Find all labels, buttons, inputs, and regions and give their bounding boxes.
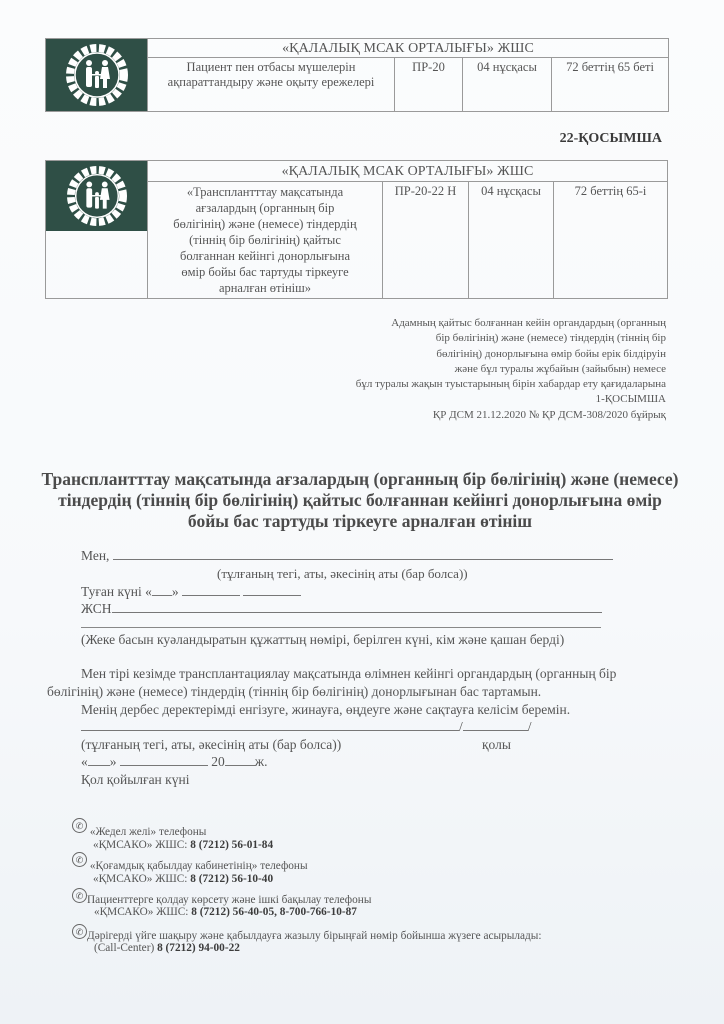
birthdate-row: Туған күні «» <box>81 583 301 600</box>
organization-name: «ҚАЛАЛЫҚ МСАК ОРТАЛЫҒЫ» ЖШС <box>148 39 669 58</box>
title-line: «Трансплантттау мақсатында <box>152 184 378 200</box>
reference-line: Адамның қайтыс болғаннан кейін органдард… <box>246 316 666 331</box>
organization-name: «ҚАЛАЛЫҚ МСАК ОРТАЛЫҒЫ» ЖШС <box>148 161 668 182</box>
document-code: ПР-20-22 Н <box>383 182 469 299</box>
contact-prefix: «ҚМСАКО» ЖШС: <box>94 906 191 918</box>
appendix-label: 22-ҚОСЫМША <box>560 131 662 147</box>
title-line: (тіннің бір бөлігінің) қайтыс <box>152 232 378 248</box>
phone-icon: ✆ <box>72 852 87 867</box>
reference-line: бұл туралы жақын туыстарының бірін хабар… <box>246 377 666 392</box>
title-line: арналған өтініш» <box>152 280 378 296</box>
date-open-quote: « <box>81 754 88 769</box>
signer-hint: (тұлғаның тегі, аты, әкесінің аты (бар б… <box>81 736 341 753</box>
slash: / <box>528 719 532 734</box>
contact-hotline: ✆ «Жедел желі» телефоны «ҚМСАКО» ЖШС: 8 … <box>72 818 273 852</box>
document-page: 72 беттің 65 беті <box>552 58 669 112</box>
form-title: Трансплантттау мақсатында ағзалардың (ор… <box>40 469 680 532</box>
contact-label: «Жедел желі» телефоны <box>90 826 207 838</box>
title-line: бөлігінің) және (немесе) тіндердің <box>152 216 378 232</box>
birth-month-field[interactable] <box>182 583 240 596</box>
contact-prefix: (Call-Center) <box>94 942 157 954</box>
sign-day-field[interactable] <box>88 753 110 766</box>
consent-text: Менің дербес деректерімді енгізуге, жина… <box>81 701 570 718</box>
logo-cell <box>46 161 148 299</box>
contact-prefix: «ҚМСАКО» ЖШС: <box>93 839 190 851</box>
title-line: ағзалардың (органның бір <box>152 200 378 216</box>
contact-label: «Қоғамдық қабылдау кабинетінің» телефоны <box>90 860 308 872</box>
header-table-2: «ҚАЛАЛЫҚ МСАК ОРТАЛЫҒЫ» ЖШС «Трансплантт… <box>45 160 668 299</box>
sign-year-field[interactable] <box>225 753 255 766</box>
date-close-quote: » <box>110 754 117 769</box>
sign-date-hint: Қол қойылған күні <box>81 771 189 788</box>
title-line: болғаннан кейінгі донорлығына <box>152 248 378 264</box>
contact-number[interactable]: 8 (7212) 56-40-05, 8-700-766-10-87 <box>191 906 357 918</box>
signature-field[interactable] <box>463 718 528 731</box>
document-title: «Трансплантттау мақсатында ағзалардың (о… <box>148 182 383 299</box>
signature-hint: қолы <box>482 736 511 753</box>
contact-number[interactable]: 8 (7212) 56-01-84 <box>190 839 273 851</box>
year-prefix: 20 <box>211 754 225 769</box>
birth-year-field[interactable] <box>243 583 301 596</box>
sign-date-row: «» 20ж. <box>81 753 267 770</box>
contact-number[interactable]: 8 (7212) 56-10-40 <box>190 873 273 885</box>
phone-icon: ✆ <box>72 924 87 939</box>
id-document-hint: (Жеке басын куәландыратын құжаттың нөмір… <box>81 631 564 648</box>
reference-line: ҚР ДСМ 21.12.2020 № ҚР ДСМ-308/2020 бұйр… <box>246 408 666 423</box>
statement-line-1: Мен тірі кезімде трансплантациялау мақса… <box>81 665 616 682</box>
contact-patient-support: ✆Пациенттерге қолдау көрсету және ішкі б… <box>72 888 371 919</box>
birthdate-close-quote: » <box>172 584 179 599</box>
reference-block: Адамның қайтыс болғаннан кейін органдард… <box>246 316 666 423</box>
reference-line: бір бөлігінің) және (немесе) тіндердің (… <box>246 331 666 346</box>
fullname-row: Мен, <box>81 547 613 564</box>
year-suffix: ж. <box>255 754 268 769</box>
reference-line: және бұл туралы жұбайын (зайыбын) немесе <box>246 362 666 377</box>
phone-icon: ✆ <box>72 888 87 903</box>
document-code: ПР-20 <box>395 58 463 112</box>
contact-number[interactable]: 8 (7212) 94-00-22 <box>157 942 240 954</box>
signer-name-field[interactable] <box>81 718 459 731</box>
sign-month-field[interactable] <box>120 753 208 766</box>
header-table-1: «ҚАЛАЛЫҚ МСАК ОРТАЛЫҒЫ» ЖШС Пациент пен … <box>45 38 669 112</box>
reference-line: бөлігінің) донорлығына өмір бойы ерік бі… <box>246 347 666 362</box>
document-version: 04 нұсқасы <box>463 58 552 112</box>
signature-row: // <box>81 718 532 735</box>
contact-label: Пациенттерге қолдау көрсету және ішкі ба… <box>87 894 371 906</box>
document-title: Пациент пен отбасы мүшелерін ақпараттанд… <box>148 58 395 112</box>
iin-field[interactable] <box>112 600 602 613</box>
logo-cell <box>46 39 148 112</box>
form-title-line: тіндердің (тіннің бір бөлігінің) қайтыс … <box>40 490 680 511</box>
birthdate-label: Туған күні « <box>81 584 152 599</box>
form-title-line: бойы бас тартуды тіркеуге арналған өтіні… <box>40 511 680 532</box>
phone-icon: ✆ <box>72 818 87 833</box>
family-wheel-logo-icon <box>46 39 147 111</box>
family-wheel-logo-icon <box>46 161 147 231</box>
iin-row: ЖСН <box>81 600 602 617</box>
fullname-field[interactable] <box>113 547 613 560</box>
birth-day-field[interactable] <box>152 583 172 596</box>
contact-call-center: ✆Дәрігерді үйге шақыру және қабылдауға ж… <box>72 924 541 955</box>
statement-line-2: бөлігінің) және (немесе) тіндердің (тінн… <box>47 683 541 700</box>
fullname-hint: (тұлғаның тегі, аты, әкесінің аты (бар б… <box>217 565 468 582</box>
contact-label: Дәрігерді үйге шақыру және қабылдауға жа… <box>87 930 541 942</box>
document-page: 72 беттің 65-і <box>554 182 668 299</box>
contact-prefix: «ҚМСАКО» ЖШС: <box>93 873 190 885</box>
title-line: өмір бойы бас тартуды тіркеуге <box>152 264 378 280</box>
form-title-line: Трансплантттау мақсатында ағзалардың (ор… <box>40 469 680 490</box>
id-document-field[interactable] <box>81 627 601 628</box>
me-label: Мен, <box>81 548 109 563</box>
iin-label: ЖСН <box>81 601 112 616</box>
document-version: 04 нұсқасы <box>469 182 554 299</box>
contact-reception: ✆ «Қоғамдық қабылдау кабинетінің» телефо… <box>72 852 308 886</box>
reference-line: 1-ҚОСЫМША <box>246 392 666 407</box>
